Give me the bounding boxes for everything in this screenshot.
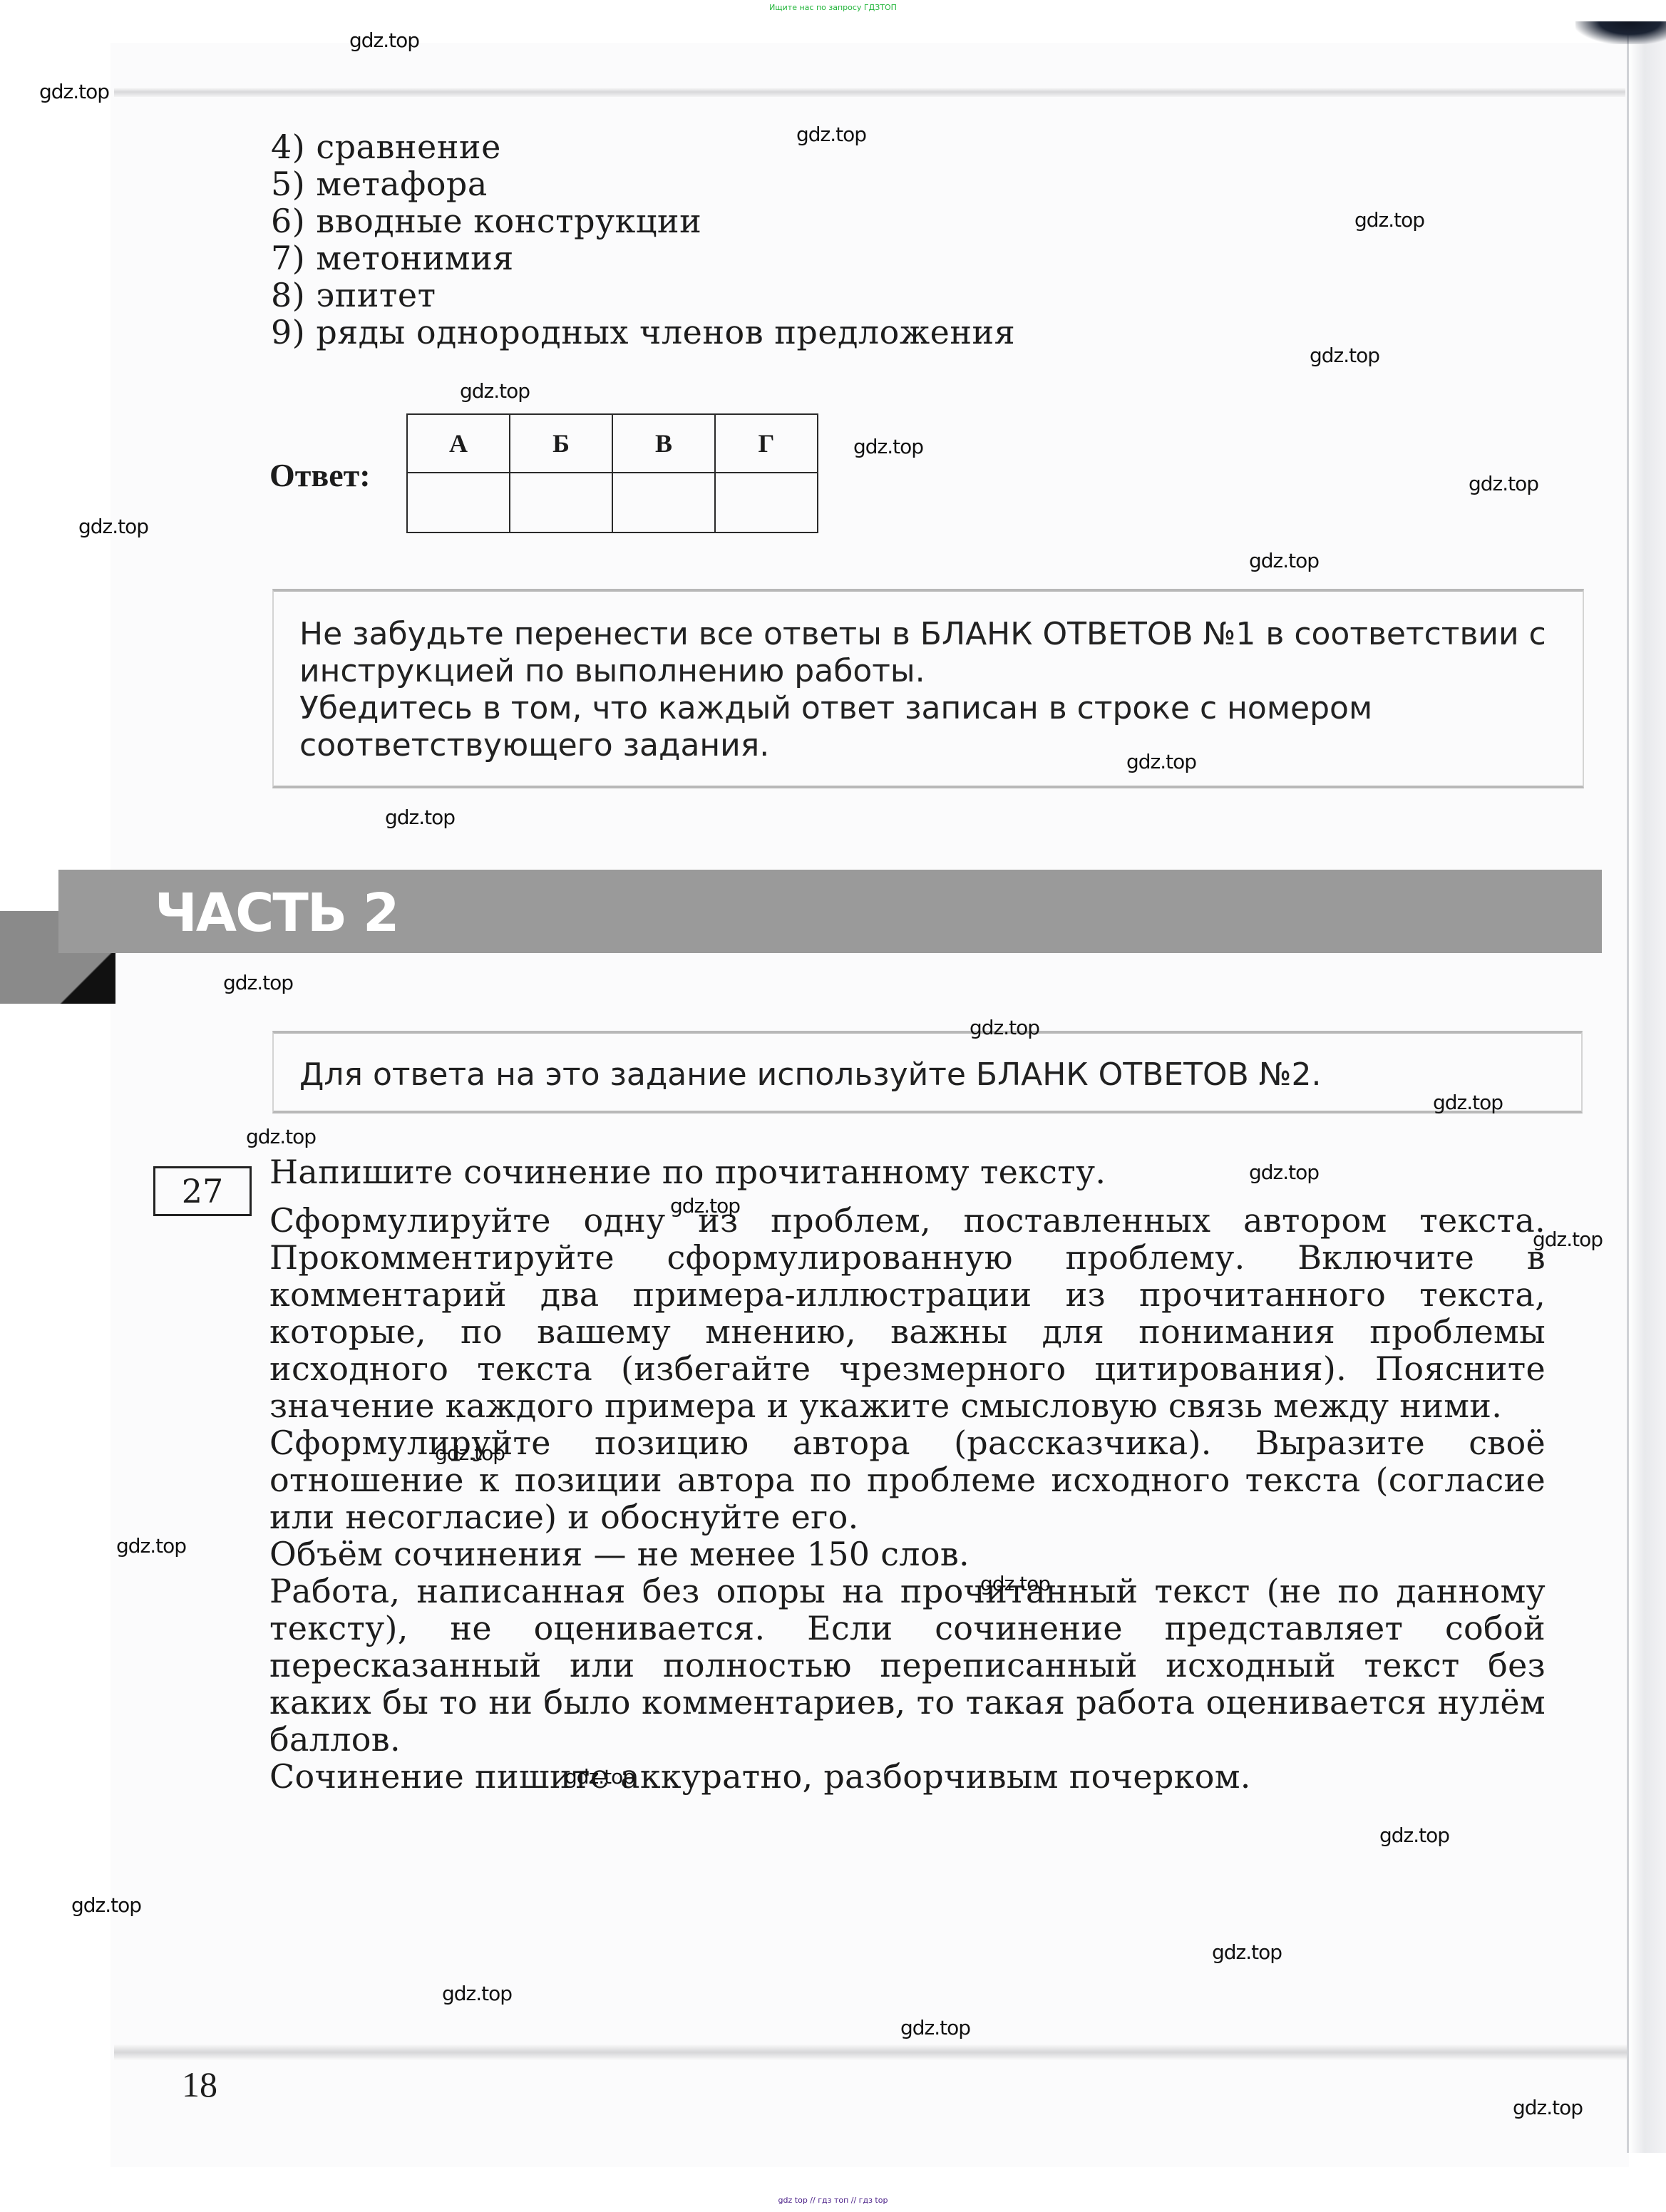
option-item: 9) ряды однородных членов предложения [271,314,1015,351]
task-paragraph: Объём сочинения — не менее 150 слов. [269,1535,1546,1573]
notice-line: Не забудьте перенести все ответы в БЛАНК… [299,616,1568,690]
book-spine-edge [1627,21,1666,2153]
task-paragraph: Сочинение пишите аккуратно, разборчивым … [269,1758,1546,1795]
watermark: gdz.top [853,435,923,458]
watermark: gdz.top [39,80,109,103]
book-corner-shadow [1575,21,1666,44]
part-header: ЧАСТЬ 2 [58,870,1602,953]
task-paragraph: Сформулируйте одну из проблем, поставлен… [269,1202,1546,1424]
options-list: 4) сравнение 5) метафора 6) вводные конс… [271,128,1015,351]
watermark: gdz.top [1249,1161,1319,1184]
page-fold-shadow-top [114,87,1625,97]
task-body: Напишите сочинение по прочитанному текст… [269,1153,1546,1795]
watermark: gdz.top [1310,344,1379,367]
answer-table: А Б В Г [406,413,818,533]
option-item: 8) эпитет [271,277,1015,314]
watermark: gdz.top [565,1765,634,1789]
watermark: gdz.top [71,1893,141,1917]
option-item: 5) метафора [271,165,1015,202]
option-item: 7) метонимия [271,240,1015,277]
watermark: gdz.top [246,1125,316,1148]
task-paragraph: Работа, написанная без опоры на прочитан… [269,1573,1546,1758]
watermark: gdz.top [1212,1940,1282,1964]
watermark: gdz.top [796,123,866,146]
watermark: gdz.top [900,2016,970,2039]
top-banner[interactable]: Ищите нас по запросу ГДЗТОП [0,3,1666,12]
watermark: gdz.top [385,806,455,829]
answer-cell[interactable] [407,473,510,533]
watermark: gdz.top [980,1572,1050,1595]
watermark: gdz.top [442,1982,512,2005]
answer-label: Ответ: [269,456,371,494]
answer-column-header: Б [510,414,612,473]
watermark: gdz.top [1354,208,1424,232]
task-paragraph: Напишите сочинение по прочитанному текст… [269,1153,1546,1190]
watermark: gdz.top [1249,549,1319,572]
watermark: gdz.top [970,1016,1039,1039]
notice-line: Убедитесь в том, что каждый ответ записа… [299,690,1568,764]
watermark: gdz.top [78,515,148,538]
watermark: gdz.top [670,1194,740,1218]
watermark: gdz.top [1469,472,1538,495]
transfer-answers-notice: Не забудьте перенести все ответы в БЛАНК… [272,589,1584,788]
watermark: gdz.top [349,29,419,52]
answer-cell[interactable] [510,473,612,533]
page-fold-shadow-bottom [114,2044,1665,2060]
option-item: 4) сравнение [271,128,1015,165]
answer-cell[interactable] [612,473,715,533]
watermark: gdz.top [1379,1823,1449,1847]
watermark: gdz.top [1533,1228,1603,1251]
watermark: gdz.top [116,1534,186,1558]
watermark: gdz.top [1513,2096,1583,2119]
watermark: gdz.top [1433,1091,1503,1114]
answer-cell[interactable] [715,473,818,533]
part-corner-notch [58,953,115,1004]
page-number: 18 [182,2064,217,2105]
watermark: gdz.top [460,379,530,403]
option-item: 6) вводные конструкции [271,202,1015,240]
answer-column-header: В [612,414,715,473]
watermark: gdz.top [435,1441,505,1465]
answer-sheet-notice: Для ответа на это задание используйте БЛ… [272,1031,1583,1113]
part-title: ЧАСТЬ 2 [155,883,398,944]
watermark: gdz.top [1126,750,1196,773]
answer-column-header: А [407,414,510,473]
answer-column-header: Г [715,414,818,473]
bottom-banner[interactable]: gdz top // гдз топ // гдз top [0,2196,1666,2205]
part-side-tab [0,911,58,1004]
task-number: 27 [153,1166,252,1216]
watermark: gdz.top [223,971,293,994]
